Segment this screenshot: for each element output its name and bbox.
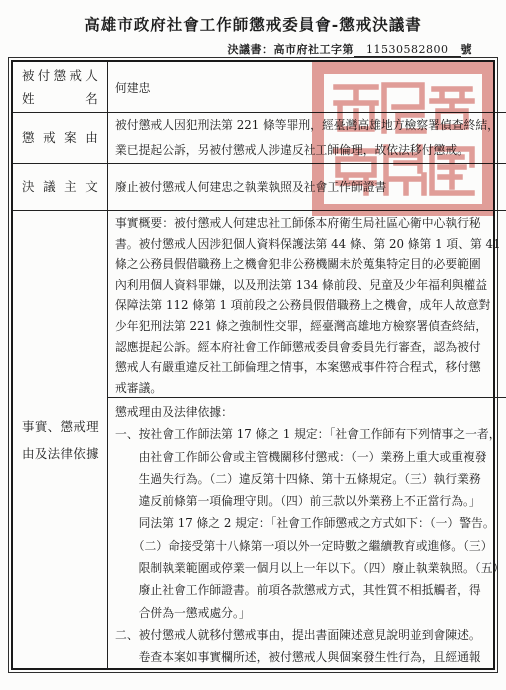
row-resolution-label: 決議主文 — [13, 164, 108, 211]
doc-number-line: 決議書：高市府社工字第11530582800號 — [228, 41, 472, 57]
reasons-legal-basis-text: 懲戒理由及法律依據：一、按社會工作師法第 17 條之 1 規定：「社會工作師有下… — [108, 398, 506, 669]
facts-summary-text: 事實概要：被付懲戒人何建忠社工師係本府衛生局社區心衛中心執行秘書。被付懲戒人因涉… — [108, 211, 506, 398]
doc-number-suffix: 號 — [461, 43, 473, 56]
name-value-cell: 何建忠 — [108, 62, 506, 113]
row-facts-label: 事實、懲戒理由及法律依據 — [13, 211, 108, 669]
row-cause-label: 懲戒案由 — [13, 113, 108, 164]
resolution-text-cell: 廢止被付懲戒人何建忠之執業執照及社會工作師證書 — [108, 164, 506, 211]
cause-text-cell: 被付懲戒人因犯刑法第 221 條等罪刑，經臺灣高雄地方檢察署偵查終結，業已提起公… — [108, 113, 506, 164]
doc-number: 11530582800 — [354, 43, 460, 57]
row-name-label: 被付懲戒人姓名 — [13, 62, 108, 113]
document-outer-frame: 被付懲戒人姓名 何建忠 懲戒案由 被付懲戒人因犯刑法第 221 條等罪刑，經臺灣… — [8, 57, 498, 673]
page-title: 高雄市政府社會工作師懲戒委員會-懲戒決議書 — [0, 13, 506, 35]
doc-number-prefix: 決議書：高市府社工字第 — [228, 43, 355, 56]
facts-reasons-cell: 事實概要：被付懲戒人何建忠社工師係本府衛生局社區心衛中心執行秘書。被付懲戒人因涉… — [108, 211, 506, 669]
disciplinary-table: 被付懲戒人姓名 何建忠 懲戒案由 被付懲戒人因犯刑法第 221 條等罪刑，經臺灣… — [11, 60, 495, 670]
